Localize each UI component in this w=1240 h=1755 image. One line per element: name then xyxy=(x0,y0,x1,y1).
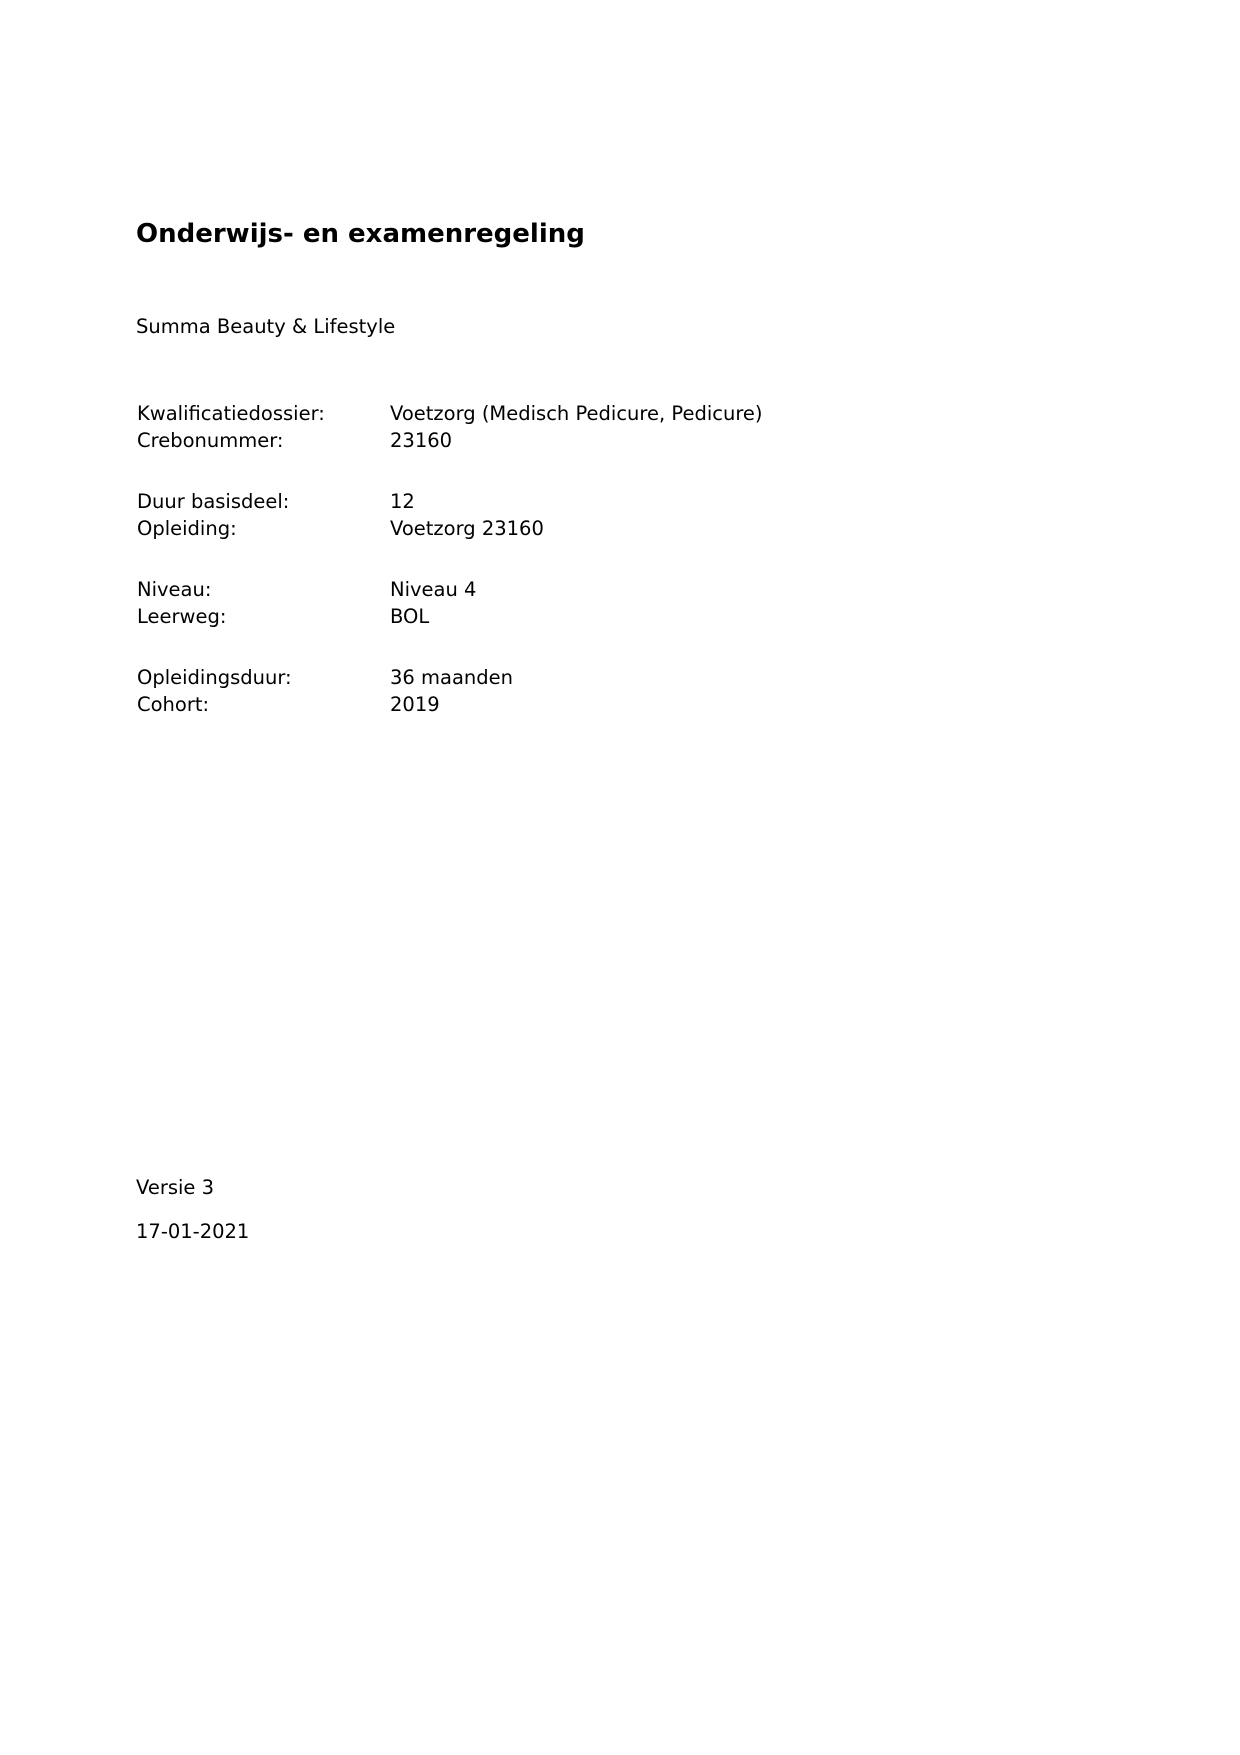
document-date: 17-01-2021 xyxy=(136,1219,249,1245)
field-group-qualification: Kwalificatiedossier: Voetzorg (Medisch P… xyxy=(137,401,763,454)
field-value: 2019 xyxy=(390,692,440,719)
field-group-program: Duur basisdeel: 12 Opleiding: Voetzorg 2… xyxy=(137,489,544,542)
field-group-level: Niveau: Niveau 4 Leerweg: BOL xyxy=(137,577,476,630)
field-value: 23160 xyxy=(390,428,452,455)
field-label: Opleidingsduur: xyxy=(137,665,390,692)
field-row-duur-basisdeel: Duur basisdeel: 12 xyxy=(137,489,544,516)
field-value: Voetzorg 23160 xyxy=(390,516,544,543)
field-value: Voetzorg (Medisch Pedicure, Pedicure) xyxy=(390,401,763,428)
field-row-kwalificatiedossier: Kwalificatiedossier: Voetzorg (Medisch P… xyxy=(137,401,763,428)
field-row-leerweg: Leerweg: BOL xyxy=(137,604,476,631)
field-row-cohort: Cohort: 2019 xyxy=(137,692,513,719)
field-value: 12 xyxy=(390,489,415,516)
field-group-duration: Opleidingsduur: 36 maanden Cohort: 2019 xyxy=(137,665,513,718)
document-title: Onderwijs- en examenregeling xyxy=(136,218,585,250)
field-value: 36 maanden xyxy=(390,665,513,692)
field-label: Kwalificatiedossier: xyxy=(137,401,390,428)
field-label: Leerweg: xyxy=(137,604,390,631)
field-label: Crebonummer: xyxy=(137,428,390,455)
field-label: Opleiding: xyxy=(137,516,390,543)
field-row-niveau: Niveau: Niveau 4 xyxy=(137,577,476,604)
field-label: Cohort: xyxy=(137,692,390,719)
field-value: BOL xyxy=(390,604,429,631)
field-label: Niveau: xyxy=(137,577,390,604)
field-row-opleidingsduur: Opleidingsduur: 36 maanden xyxy=(137,665,513,692)
document-version: Versie 3 xyxy=(136,1175,214,1201)
field-value: Niveau 4 xyxy=(390,577,476,604)
field-label: Duur basisdeel: xyxy=(137,489,390,516)
field-row-opleiding: Opleiding: Voetzorg 23160 xyxy=(137,516,544,543)
field-row-crebonummer: Crebonummer: 23160 xyxy=(137,428,763,455)
organization-name: Summa Beauty & Lifestyle xyxy=(136,314,395,340)
